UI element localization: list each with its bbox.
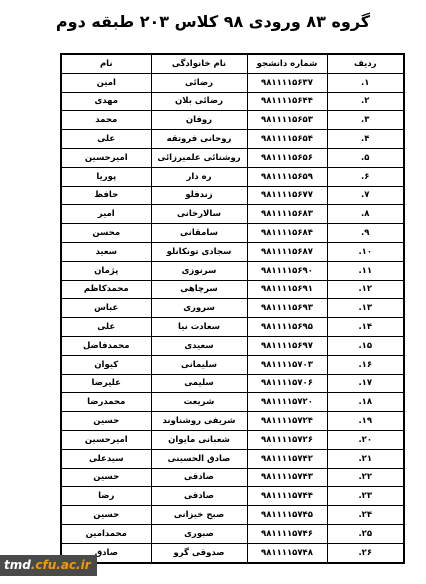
- first-name-cell: حسین: [61, 506, 151, 525]
- table-row: ۱۵. ۹۸۱۱۱۱۵۶۹۷ سعیدی محمدفاضل: [61, 336, 404, 355]
- row-number-cell: ۱۱.: [327, 261, 404, 280]
- student-number-cell: ۹۸۱۱۱۱۵۷۰۶: [247, 374, 327, 393]
- first-name-cell: علی: [61, 318, 151, 337]
- first-name-cell: پژمان: [61, 261, 151, 280]
- watermark: tmd.cfu.ac.ir: [0, 555, 97, 576]
- table-row: ۲۳. ۹۸۱۱۱۱۵۷۴۴ صادقی رضا: [61, 487, 404, 506]
- row-number-cell: ۱۵.: [327, 336, 404, 355]
- student-number-cell: ۹۸۱۱۱۱۵۷۲۶: [247, 430, 327, 449]
- table-row: ۱۰. ۹۸۱۱۱۱۵۶۸۷ سجادی تونکانلو سعید: [61, 242, 404, 261]
- table-row: ۹. ۹۸۱۱۱۱۵۶۸۴ سامقانی محسن: [61, 224, 404, 243]
- row-number-cell: ۱۹.: [327, 412, 404, 431]
- last-name-cell: صادقی: [151, 468, 247, 487]
- first-name-cell: امیر: [61, 205, 151, 224]
- student-number-cell: ۹۸۱۱۱۱۵۶۹۱: [247, 280, 327, 299]
- table-row: ۴. ۹۸۱۱۱۱۵۶۵۴ روحانی فروتقه علی: [61, 130, 404, 149]
- first-name-cell: پوریا: [61, 167, 151, 186]
- last-name-cell: روحانی فروتقه: [151, 130, 247, 149]
- table-row: ۵. ۹۸۱۱۱۱۵۶۵۶ روشنائی علمیرزائی امیرحسین: [61, 148, 404, 167]
- row-number-cell: ۴.: [327, 130, 404, 149]
- first-name-cell: کیوان: [61, 355, 151, 374]
- row-number-cell: ۲۳.: [327, 487, 404, 506]
- table-row: ۱۳. ۹۸۱۱۱۱۵۶۹۳ سروری عباس: [61, 299, 404, 318]
- student-number-cell: ۹۸۱۱۱۱۵۷۴۳: [247, 468, 327, 487]
- header-student-number: شماره دانشجو: [247, 54, 327, 73]
- class-list-document: گروه ۸۳ ورودی ۹۸ کلاس ۲۰۳ طبقه دوم ردیف …: [0, 0, 426, 584]
- last-name-cell: سرچاهی: [151, 280, 247, 299]
- first-name-cell: مهدی: [61, 92, 151, 111]
- row-number-cell: ۵.: [327, 148, 404, 167]
- student-number-cell: ۹۸۱۱۱۱۵۷۲۴: [247, 412, 327, 431]
- row-number-cell: ۱۲.: [327, 280, 404, 299]
- table-row: ۱۴. ۹۸۱۱۱۱۵۶۹۵ سعادت نیا علی: [61, 318, 404, 337]
- student-number-cell: ۹۸۱۱۱۱۵۶۸۷: [247, 242, 327, 261]
- header-last-name: نام خانوادگی: [151, 54, 247, 73]
- first-name-cell: محمدکاظم: [61, 280, 151, 299]
- first-name-cell: امیرحسین: [61, 430, 151, 449]
- row-number-cell: ۲۲.: [327, 468, 404, 487]
- student-number-cell: ۹۸۱۱۱۱۵۷۰۳: [247, 355, 327, 374]
- student-number-cell: ۹۸۱۱۱۱۵۶۴۴: [247, 92, 327, 111]
- student-number-cell: ۹۸۱۱۱۱۵۶۹۳: [247, 299, 327, 318]
- last-name-cell: صبح خیزانی: [151, 506, 247, 525]
- table-row: ۱۹. ۹۸۱۱۱۱۵۷۲۴ شریفی روشناوند حسین: [61, 412, 404, 431]
- watermark-suffix: .cfu.ac.ir: [31, 558, 91, 572]
- row-number-cell: ۲۱.: [327, 449, 404, 468]
- last-name-cell: سرنوزی: [151, 261, 247, 280]
- page-title: گروه ۸۳ ورودی ۹۸ کلاس ۲۰۳ طبقه دوم: [0, 0, 426, 42]
- last-name-cell: روفان: [151, 111, 247, 130]
- student-number-cell: ۹۸۱۱۱۱۵۶۳۷: [247, 73, 327, 92]
- students-table: ردیف شماره دانشجو نام خانوادگی نام ۱. ۹۸…: [60, 53, 405, 564]
- last-name-cell: شریفی روشناوند: [151, 412, 247, 431]
- row-number-cell: ۲۵.: [327, 524, 404, 543]
- table-row: ۲۱. ۹۸۱۱۱۱۵۷۴۲ صادق الحسینی سیدعلی: [61, 449, 404, 468]
- table-row: ۱۶. ۹۸۱۱۱۱۵۷۰۳ سلیمانی کیوان: [61, 355, 404, 374]
- table-row: ۱۲. ۹۸۱۱۱۱۵۶۹۱ سرچاهی محمدکاظم: [61, 280, 404, 299]
- table-row: ۲۵. ۹۸۱۱۱۱۵۷۴۶ صبوری محمدامین: [61, 524, 404, 543]
- header-row-number: ردیف: [327, 54, 404, 73]
- student-number-cell: ۹۸۱۱۱۱۵۶۵۶: [247, 148, 327, 167]
- row-number-cell: ۲۶.: [327, 543, 404, 562]
- first-name-cell: محسن: [61, 224, 151, 243]
- table-row: ۲۲. ۹۸۱۱۱۱۵۷۴۳ صادقی حسین: [61, 468, 404, 487]
- last-name-cell: سلیمی: [151, 374, 247, 393]
- last-name-cell: شریعت: [151, 393, 247, 412]
- first-name-cell: محمدامین: [61, 524, 151, 543]
- first-name-cell: سیدعلی: [61, 449, 151, 468]
- row-number-cell: ۸.: [327, 205, 404, 224]
- last-name-cell: سالارخانی: [151, 205, 247, 224]
- first-name-cell: امین: [61, 73, 151, 92]
- row-number-cell: ۳.: [327, 111, 404, 130]
- last-name-cell: شعبانی مایوان: [151, 430, 247, 449]
- student-number-cell: ۹۸۱۱۱۱۵۶۹۷: [247, 336, 327, 355]
- student-number-cell: ۹۸۱۱۱۱۵۷۴۴: [247, 487, 327, 506]
- first-name-cell: رضا: [61, 487, 151, 506]
- table-row: ۳. ۹۸۱۱۱۱۵۶۵۳ روفان محمد: [61, 111, 404, 130]
- first-name-cell: حسین: [61, 412, 151, 431]
- table-row: ۲۰. ۹۸۱۱۱۱۵۷۲۶ شعبانی مایوان امیرحسین: [61, 430, 404, 449]
- table-row: ۱۷. ۹۸۱۱۱۱۵۷۰۶ سلیمی علیرضا: [61, 374, 404, 393]
- student-number-cell: ۹۸۱۱۱۱۵۶۵۴: [247, 130, 327, 149]
- row-number-cell: ۲.: [327, 92, 404, 111]
- student-number-cell: ۹۸۱۱۱۱۵۶۵۹: [247, 167, 327, 186]
- last-name-cell: سجادی تونکانلو: [151, 242, 247, 261]
- first-name-cell: محمدفاضل: [61, 336, 151, 355]
- student-number-cell: ۹۸۱۱۱۱۵۶۵۳: [247, 111, 327, 130]
- last-name-cell: صدوقی گرو: [151, 543, 247, 562]
- table-row: ۲۶. ۹۸۱۱۱۱۵۷۴۸ صدوقی گرو صادق: [61, 543, 404, 562]
- last-name-cell: سروری: [151, 299, 247, 318]
- student-number-cell: ۹۸۱۱۱۱۵۷۴۵: [247, 506, 327, 525]
- row-number-cell: ۷.: [327, 186, 404, 205]
- row-number-cell: ۱۴.: [327, 318, 404, 337]
- first-name-cell: محمدرضا: [61, 393, 151, 412]
- table-row: ۱. ۹۸۱۱۱۱۵۶۳۷ رضائی امین: [61, 73, 404, 92]
- row-number-cell: ۱۶.: [327, 355, 404, 374]
- last-name-cell: صادق الحسینی: [151, 449, 247, 468]
- first-name-cell: حافظ: [61, 186, 151, 205]
- first-name-cell: عباس: [61, 299, 151, 318]
- row-number-cell: ۱۷.: [327, 374, 404, 393]
- table-row: ۲. ۹۸۱۱۱۱۵۶۴۴ رضائی بلان مهدی: [61, 92, 404, 111]
- first-name-cell: محمد: [61, 111, 151, 130]
- row-number-cell: ۹.: [327, 224, 404, 243]
- table-row: ۱۸. ۹۸۱۱۱۱۵۷۲۰ شریعت محمدرضا: [61, 393, 404, 412]
- first-name-cell: علی: [61, 130, 151, 149]
- first-name-cell: حسین: [61, 468, 151, 487]
- last-name-cell: صبوری: [151, 524, 247, 543]
- row-number-cell: ۲۴.: [327, 506, 404, 525]
- table-row: ۱۱. ۹۸۱۱۱۱۵۶۹۰ سرنوزی پژمان: [61, 261, 404, 280]
- student-number-cell: ۹۸۱۱۱۱۵۶۷۷: [247, 186, 327, 205]
- last-name-cell: سامقانی: [151, 224, 247, 243]
- row-number-cell: ۲۰.: [327, 430, 404, 449]
- row-number-cell: ۱۳.: [327, 299, 404, 318]
- first-name-cell: سعید: [61, 242, 151, 261]
- watermark-prefix: tmd: [4, 558, 31, 572]
- student-number-cell: ۹۸۱۱۱۱۵۶۸۳: [247, 205, 327, 224]
- header-first-name: نام: [61, 54, 151, 73]
- row-number-cell: ۱۰.: [327, 242, 404, 261]
- last-name-cell: سعادت نیا: [151, 318, 247, 337]
- table-header-row: ردیف شماره دانشجو نام خانوادگی نام: [61, 54, 404, 73]
- last-name-cell: رضائی: [151, 73, 247, 92]
- student-number-cell: ۹۸۱۱۱۱۵۷۴۲: [247, 449, 327, 468]
- row-number-cell: ۱.: [327, 73, 404, 92]
- table-row: ۲۴. ۹۸۱۱۱۱۵۷۴۵ صبح خیزانی حسین: [61, 506, 404, 525]
- table-row: ۷. ۹۸۱۱۱۱۵۶۷۷ زندفلو حافظ: [61, 186, 404, 205]
- first-name-cell: امیرحسین: [61, 148, 151, 167]
- student-number-cell: ۹۸۱۱۱۱۵۷۲۰: [247, 393, 327, 412]
- student-number-cell: ۹۸۱۱۱۱۵۷۴۶: [247, 524, 327, 543]
- last-name-cell: ره دار: [151, 167, 247, 186]
- student-number-cell: ۹۸۱۱۱۱۵۷۴۸: [247, 543, 327, 562]
- last-name-cell: صادقی: [151, 487, 247, 506]
- table-row: ۸. ۹۸۱۱۱۱۵۶۸۳ سالارخانی امیر: [61, 205, 404, 224]
- row-number-cell: ۱۸.: [327, 393, 404, 412]
- student-number-cell: ۹۸۱۱۱۱۵۶۹۵: [247, 318, 327, 337]
- last-name-cell: روشنائی علمیرزائی: [151, 148, 247, 167]
- last-name-cell: سعیدی: [151, 336, 247, 355]
- row-number-cell: ۶.: [327, 167, 404, 186]
- last-name-cell: زندفلو: [151, 186, 247, 205]
- student-number-cell: ۹۸۱۱۱۱۵۶۹۰: [247, 261, 327, 280]
- student-number-cell: ۹۸۱۱۱۱۵۶۸۴: [247, 224, 327, 243]
- first-name-cell: علیرضا: [61, 374, 151, 393]
- last-name-cell: سلیمانی: [151, 355, 247, 374]
- table-row: ۶. ۹۸۱۱۱۱۵۶۵۹ ره دار پوریا: [61, 167, 404, 186]
- last-name-cell: رضائی بلان: [151, 92, 247, 111]
